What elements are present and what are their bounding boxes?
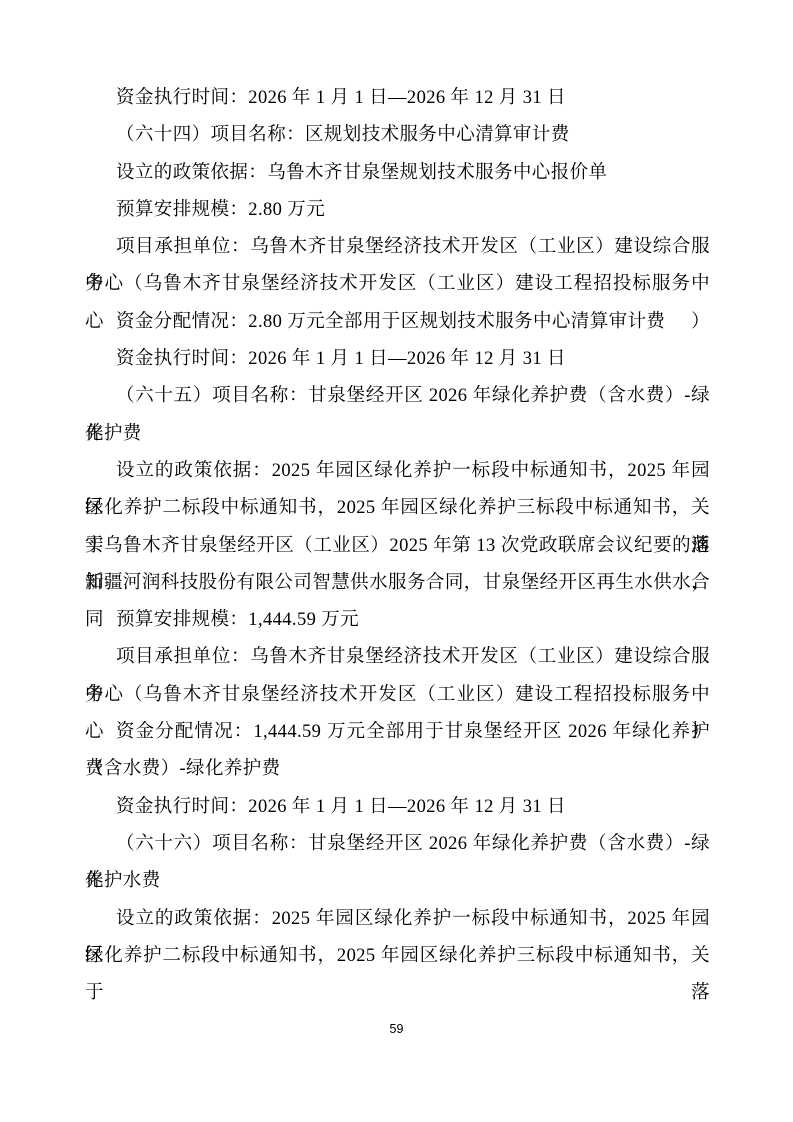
doc-line: 绿化养护二标段中标通知书，2025 年园区绿化养护三标段中标通知书，关于落 bbox=[85, 938, 710, 975]
doc-line: 设立的政策依据：2025 年园区绿化养护一标段中标通知书，2025 年园区 bbox=[85, 453, 710, 490]
page-footer: 59 bbox=[0, 1020, 793, 1038]
doc-line: 预算安排规模：1,444.59 万元 bbox=[85, 602, 710, 639]
document-viewport: { "colors": { "background": "#ffffff", "… bbox=[0, 0, 793, 1122]
doc-line: 资金分配情况：1,444.59 万元全部用于甘泉堡经开区 2026 年绿化养护费 bbox=[85, 714, 710, 751]
document-body: 资金执行时间：2026 年 1 月 1 日—2026 年 12 月 31 日 （… bbox=[85, 80, 710, 975]
doc-line: 绿化养护二标段中标通知书，2025 年园区绿化养护三标段中标通知书，关于落 bbox=[85, 490, 710, 527]
doc-line: （含水费）-绿化养护费 bbox=[85, 751, 710, 788]
page-number: 59 bbox=[390, 1022, 404, 1036]
doc-line: （六十五）项目名称：甘泉堡经开区 2026 年绿化养护费（含水费）-绿化 bbox=[85, 378, 710, 415]
doc-line: 中心（乌鲁木齐甘泉堡经济技术开发区（工业区）建设工程招投标服务中心） bbox=[85, 677, 710, 714]
doc-line: 新疆河润科技股份有限公司智慧供水服务合同，甘泉堡经开区再生水供水合同 bbox=[85, 565, 710, 602]
doc-line: 项目承担单位：乌鲁木齐甘泉堡经济技术开发区（工业区）建设综合服务 bbox=[85, 639, 710, 676]
doc-line: 项目承担单位：乌鲁木齐甘泉堡经济技术开发区（工业区）建设综合服务 bbox=[85, 229, 710, 266]
doc-line: 中心（乌鲁木齐甘泉堡经济技术开发区（工业区）建设工程招投标服务中心） bbox=[85, 266, 710, 303]
doc-line: 设立的政策依据：乌鲁木齐甘泉堡规划技术服务中心报价单 bbox=[85, 155, 710, 192]
doc-line: 预算安排规模：2.80 万元 bbox=[85, 192, 710, 229]
doc-line: 资金执行时间：2026 年 1 月 1 日—2026 年 12 月 31 日 bbox=[85, 80, 710, 117]
doc-line: 资金执行时间：2026 年 1 月 1 日—2026 年 12 月 31 日 bbox=[85, 341, 710, 378]
document-page: 资金执行时间：2026 年 1 月 1 日—2026 年 12 月 31 日 （… bbox=[0, 0, 793, 1122]
doc-line: 设立的政策依据：2025 年园区绿化养护一标段中标通知书，2025 年园区 bbox=[85, 901, 710, 938]
doc-line: 实乌鲁木齐甘泉堡经开区（工业区）2025 年第 13 次党政联席会议纪要的通知， bbox=[85, 528, 710, 565]
doc-line: （六十六）项目名称：甘泉堡经开区 2026 年绿化养护费（含水费）-绿化 bbox=[85, 826, 710, 863]
doc-line: 养护水费 bbox=[85, 863, 710, 900]
doc-line: （六十四）项目名称：区规划技术服务中心清算审计费 bbox=[85, 117, 710, 154]
doc-line: 资金执行时间：2026 年 1 月 1 日—2026 年 12 月 31 日 bbox=[85, 789, 710, 826]
doc-line: 养护费 bbox=[85, 416, 710, 453]
doc-line: 资金分配情况：2.80 万元全部用于区规划技术服务中心清算审计费 bbox=[85, 304, 710, 341]
